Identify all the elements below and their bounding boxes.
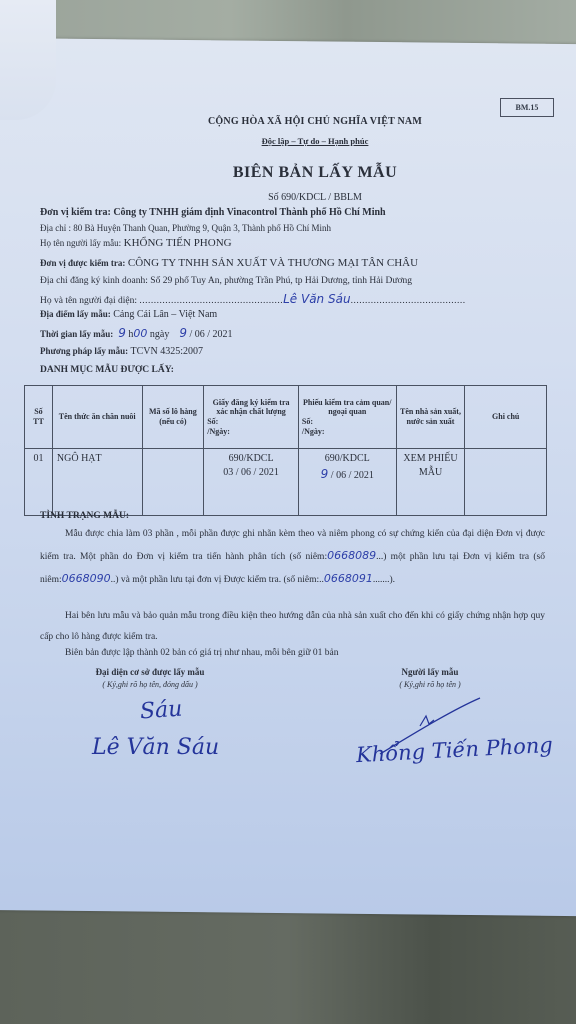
col-header-stt: Số TT (25, 386, 53, 449)
registration-header-date: /Ngày: (207, 427, 295, 437)
seal-number-3: 0668091 (324, 572, 373, 585)
col-header-registration: Giấy đăng ký kiểm tra xác nhận chất lượn… (204, 386, 299, 449)
sampling-time-line: Thời gian lấy mẫu: 9 h00 ngày 9 / 06 / 2… (40, 326, 233, 340)
status-paragraph-1: Mẫu được chia làm 03 phần , mỗi phần đượ… (40, 524, 545, 591)
cell-producer: XEM PHIẾU MẪU (396, 449, 465, 516)
sampling-month-year: / 06 / 2021 (189, 329, 232, 340)
inspection-header-date: /Ngày: (302, 427, 393, 437)
right-signature-title: Người lấy mẫu (360, 667, 500, 677)
cell-lot-code (142, 449, 204, 516)
sampling-location-label: Địa điểm lấy mẫu: (40, 309, 111, 319)
inspector-unit-label: Đơn vị kiểm tra: (40, 207, 111, 218)
cell-note (465, 449, 547, 516)
col-header-note: Ghi chú (465, 386, 547, 449)
registration-header-number: Số: (207, 417, 295, 427)
sampling-location-line: Địa điểm lấy mẫu: Cảng Cái Lân – Việt Na… (40, 309, 217, 320)
table-header-row: Số TT Tên thức ăn chăn nuôi Mã số lô hàn… (25, 386, 547, 449)
left-signature-name: Lê Văn Sáu (92, 735, 219, 760)
sampler-label: Họ tên người lấy mẫu: (40, 238, 121, 248)
inspected-address-label: Địa chỉ đăng ký kinh doanh: (40, 276, 148, 286)
seal-number-1: 0668089 (327, 549, 376, 562)
sampling-method-label: Phương pháp lấy mẫu: (40, 346, 128, 356)
inspection-number: 690/KDCL (303, 452, 392, 466)
left-signature-title: Đại diện cơ sở được lấy mẫu (60, 667, 240, 677)
inspector-address-label: Địa chỉ : (40, 223, 71, 233)
inspection-day-handwritten: 9 (321, 467, 329, 481)
left-signature-mark: Sáu (139, 697, 183, 725)
sampling-time-label: Thời gian lấy mẫu: (40, 329, 113, 339)
representative-label: Họ và tên người đại diện: (40, 296, 137, 306)
document-number: Số 690/KDCL / BBLM (150, 192, 480, 203)
sampler-line: Họ tên người lấy mẫu: KHỔNG TIẾN PHONG (40, 237, 232, 249)
inspector-unit-line: Đơn vị kiểm tra: Công ty TNHH giám định … (40, 207, 386, 218)
inspection-header-number: Số: (302, 417, 393, 427)
day-label: ngày (150, 329, 169, 340)
sampling-time-hour: 9 (118, 326, 126, 340)
inspection-date: 9 / 06 / 2021 (303, 466, 392, 483)
cell-registration: 690/KDCL 03 / 06 / 2021 (204, 449, 299, 516)
form-code-box: BM.15 (500, 98, 554, 117)
national-motto: Độc lập – Tự do – Hạnh phúc (150, 136, 480, 146)
registration-date: 03 / 06 / 2021 (208, 466, 294, 480)
sampling-time-minute: 00 (133, 327, 147, 340)
seal-number-2: 0668090 (62, 572, 111, 585)
inspector-address-value: 80 Bà Huyện Thanh Quan, Phường 9, Quận 3… (73, 223, 331, 233)
status-text-c: ..) và một phần lưu tại đơn vị Được kiểm… (111, 575, 324, 585)
inspected-unit-value: CÔNG TY TNHH SẢN XUẤT VÀ THƯƠNG MẠI TÂN … (128, 257, 418, 269)
inspected-unit-line: Đơn vị được kiểm tra: CÔNG TY TNHH SẢN X… (40, 257, 418, 269)
right-signature-instruction: ( Ký,ghi rõ họ tên ) (360, 680, 500, 689)
sample-table: Số TT Tên thức ăn chăn nuôi Mã số lô hàn… (24, 385, 547, 516)
status-paragraph-3: Biên bản được lập thành 02 bản có giá tr… (40, 643, 545, 664)
sampling-method-line: Phương pháp lấy mẫu: TCVN 4325:2007 (40, 346, 203, 357)
sampling-method-value: TCVN 4325:2007 (131, 346, 204, 357)
cell-stt: 01 (25, 449, 53, 516)
registration-header-label: Giấy đăng ký kiểm tra xác nhận chất lượn… (207, 398, 295, 417)
status-paragraph-2: Hai bên lưu mẫu và bảo quản mẫu trong đi… (40, 606, 545, 648)
inspector-unit-value: Công ty TNHH giám định Vinacontrol Thành… (113, 207, 385, 218)
left-signature-instruction: ( Ký,ghi rõ họ tên, đóng dấu ) (60, 680, 240, 689)
nation-header: CỘNG HÒA XÃ HỘI CHỦ NGHĨA VIỆT NAM (150, 116, 480, 127)
sampling-location-value: Cảng Cái Lân – Việt Nam (113, 309, 217, 320)
inspector-address-line: Địa chỉ : 80 Bà Huyện Thanh Quan, Phường… (40, 223, 331, 233)
representative-line: Họ và tên người đại diện: ..............… (40, 292, 466, 306)
sampling-record-document: BM.15 CỘNG HÒA XÃ HỘI CHỦ NGHĨA VIỆT NAM… (0, 0, 576, 1024)
col-header-lot-code: Mã số lô hàng (nếu có) (142, 386, 204, 449)
sample-list-heading: DANH MỤC MẪU ĐƯỢC LẤY: (40, 365, 174, 375)
document-title: BIÊN BẢN LẤY MẪU (150, 164, 480, 182)
table-row: 01 NGÔ HẠT 690/KDCL 03 / 06 / 2021 690/K… (25, 449, 547, 516)
inspected-unit-label: Đơn vị được kiểm tra: (40, 258, 125, 268)
registration-number: 690/KDCL (208, 452, 294, 466)
inspection-header-label: Phiếu kiểm tra cảm quan/ ngoại quan (302, 398, 393, 417)
sampler-value: KHỔNG TIẾN PHONG (124, 237, 232, 249)
inspected-address-line: Địa chỉ đăng ký kinh doanh: Số 29 phố Tu… (40, 276, 412, 286)
col-header-inspection-slip: Phiếu kiểm tra cảm quan/ ngoại quan Số: … (298, 386, 396, 449)
col-header-feed-name: Tên thức ăn chăn nuôi (52, 386, 142, 449)
status-heading: TÌNH TRẠNG MẪU: (40, 511, 129, 521)
sampling-day: 9 (179, 326, 187, 340)
cell-feed-name: NGÔ HẠT (52, 449, 142, 516)
col-header-producer: Tên nhà sản xuất, nước sản xuất (396, 386, 465, 449)
cell-inspection-slip: 690/KDCL 9 / 06 / 2021 (298, 449, 396, 516)
representative-handwritten-name: Lê Văn Sáu (283, 292, 350, 306)
inspection-month-year: / 06 / 2021 (331, 470, 374, 481)
inspected-address-value: Số 29 phố Tuy An, phường Trần Phú, tp Hả… (150, 276, 412, 286)
status-text-d: .......). (373, 575, 395, 585)
